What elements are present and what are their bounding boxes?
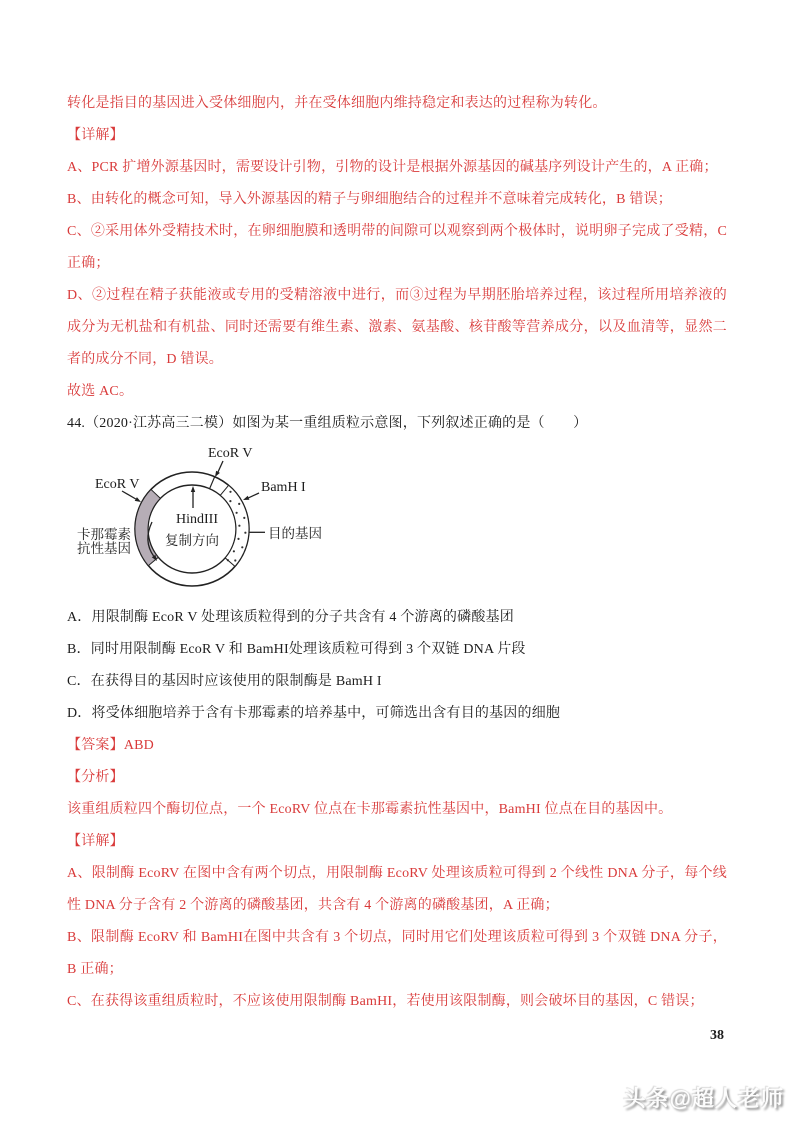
prev-answer-detail-label: 【详解】 <box>67 120 727 152</box>
ecorv-top-arrow-icon <box>215 461 223 477</box>
replication-direction-label: 复制方向 <box>165 533 219 548</box>
prev-answer-point-d: D、②过程在精子获能液或专用的受精溶液中进行，而③过程为早期胚胎培养过程，该过程… <box>67 280 727 376</box>
answer-value: ABD <box>124 738 154 753</box>
ecorv-left-label: EcoR V <box>95 477 139 492</box>
question-44-option-d: D．将受体细胞培养于含有卡那霉素的培养基中，可筛选出含有目的基因的细胞 <box>67 698 727 730</box>
plasmid-diagram: EcoR V EcoR V BamH I HindI <box>75 442 727 602</box>
question-44-option-c: C．在获得目的基因时应该使用的限制酶是 BamH I <box>67 666 727 698</box>
kanamycin-label-line1: 卡那霉素 <box>77 526 131 542</box>
document-body: 转化是指目的基因进入受体细胞内，并在受体细胞内维持稳定和表达的过程称为转化。 【… <box>67 88 727 1018</box>
question-44-analysis: 该重组质粒四个酶切位点，一个 EcoRV 位点在卡那霉素抗性基因中，BamHI … <box>67 794 727 826</box>
answer-label: 【答案】 <box>67 738 124 753</box>
question-44-detail-point-b: B、限制酶 EcoRV 和 BamHI在图中共含有 3 个切点，同时用它们处理该… <box>67 922 727 986</box>
page-number: 38 <box>710 1028 724 1044</box>
question-44-analysis-label: 【分析】 <box>67 762 727 794</box>
prev-answer-conclusion: 故选 AC。 <box>67 376 727 408</box>
plasmid-diagram-svg: EcoR V EcoR V BamH I HindI <box>75 442 360 602</box>
question-44-stem: 44.（2020·江苏高三二模）如图为某一重组质粒示意图，下列叙述正确的是（ ） <box>67 408 727 440</box>
ecorv-left-arrow-icon <box>122 491 141 502</box>
question-44-detail-label: 【详解】 <box>67 826 727 858</box>
prev-answer-point-a: A、PCR 扩增外源基因时，需要设计引物，引物的设计是根据外源基因的碱基序列设计… <box>67 152 727 184</box>
ecorv-top-label: EcoR V <box>208 446 252 461</box>
bamhi-label: BamH I <box>261 480 306 495</box>
question-44-answer-line: 【答案】ABD <box>67 730 727 762</box>
document-page: 转化是指目的基因进入受体细胞内，并在受体细胞内维持稳定和表达的过程称为转化。 【… <box>0 0 794 1123</box>
watermark: 头条@超人老师 <box>624 1082 784 1113</box>
bamhi-arrow-icon <box>243 493 259 500</box>
question-44-option-a: A．用限制酶 EcoR V 处理该质粒得到的分子共含有 4 个游离的磷酸基团 <box>67 602 727 634</box>
prev-answer-point-c: C、②采用体外受精技术时，在卵细胞膜和透明带的间隙可以观察到两个极体时，说明卵子… <box>67 216 727 280</box>
question-44-detail-point-c: C、在获得该重组质粒时，不应该使用限制酶 BamHI，若使用该限制酶，则会破坏目… <box>67 986 727 1018</box>
question-44-option-b: B．同时用限制酶 EcoR V 和 BamHI处理该质粒可得到 3 个双链 DN… <box>67 634 727 666</box>
prev-answer-transform-definition: 转化是指目的基因进入受体细胞内，并在受体细胞内维持稳定和表达的过程称为转化。 <box>67 88 727 120</box>
hindiii-label: HindIII <box>176 512 218 527</box>
prev-answer-point-b: B、由转化的概念可知，导入外源基因的精子与卵细胞结合的过程并不意味着完成转化，B… <box>67 184 727 216</box>
question-44-detail-point-a: A、限制酶 EcoRV 在图中含有两个切点，用限制酶 EcoRV 处理该质粒可得… <box>67 858 727 922</box>
target-gene-label: 目的基因 <box>268 526 322 541</box>
kanamycin-label-line2: 抗性基因 <box>77 540 131 556</box>
